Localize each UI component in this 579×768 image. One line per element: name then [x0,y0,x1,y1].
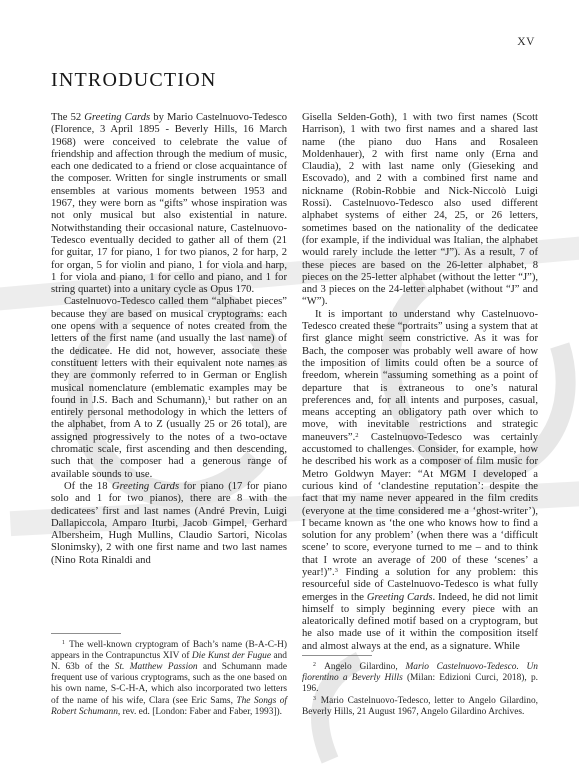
italic-text: Greeting Cards [84,112,150,123]
footnote-marker: 2 [355,432,358,439]
left-footnote-block: 1 The well-known cryptogram of Bach’s na… [51,633,287,766]
text-columns: INTRODUCTION The 52 Greeting Cards by Ma… [51,68,538,766]
paragraph: Gisella Selden-Goth), 1 with two first n… [302,112,538,309]
footnote: 3 Mario Castelnuovo-Tedesco, letter to A… [302,696,538,718]
italic-text: Greeting Cards [112,481,179,492]
right-footnotes: 2 Angelo Gilardino, Mario Castelnuovo-Te… [302,662,538,718]
footnote-marker: 1 [208,395,211,402]
paragraph: It is important to understand why Castel… [302,309,538,653]
italic-text: Mario Castelnuovo-Tedesco. Un fiorentino… [302,662,538,683]
right-column: Gisella Selden-Goth), 1 with two first n… [302,68,538,766]
footnote-marker: 3 [335,567,338,574]
paragraph: Castelnuovo-Tedesco called them “alphabe… [51,296,287,480]
footnote-separator [302,655,372,656]
left-paragraphs: The 52 Greeting Cards by Mario Castelnuo… [51,112,287,567]
right-footnote-block: 2 Angelo Gilardino, Mario Castelnuovo-Te… [302,655,538,766]
book-page: XV INTRODUCTION The 52 Greeting Cards by… [0,0,579,768]
right-paragraphs: Gisella Selden-Goth), 1 with two first n… [302,112,538,653]
footnote-separator [51,633,121,634]
italic-text: Die Kunst der Fugue [192,651,271,661]
page-title: INTRODUCTION [51,68,287,92]
left-column: INTRODUCTION The 52 Greeting Cards by Ma… [51,68,287,766]
page-number: XV [517,36,535,48]
footnote: 1 The well-known cryptogram of Bach’s na… [51,640,287,718]
paragraph: Of the 18 Greeting Cards for piano (17 f… [51,481,287,567]
footnote-marker: 3 [313,696,316,702]
left-footnotes: 1 The well-known cryptogram of Bach’s na… [51,640,287,718]
footnote-marker: 1 [62,640,65,646]
footnote-marker: 2 [313,662,316,668]
italic-text: The Songs of Robert Schumann [51,696,287,717]
paragraph: The 52 Greeting Cards by Mario Castelnuo… [51,112,287,296]
footnote: 2 Angelo Gilardino, Mario Castelnuovo-Te… [302,662,538,696]
italic-text: Greeting Cards [367,592,433,603]
italic-text: St. Matthew Passion [115,662,198,672]
